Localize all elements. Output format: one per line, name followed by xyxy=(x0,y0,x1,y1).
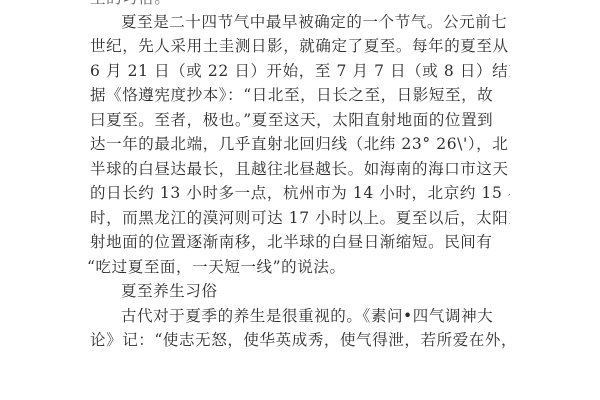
paragraph-1-line-2: 世纪，先人采用土圭测日影，就确定了夏至。每年的夏至从 xyxy=(90,34,510,58)
paragraph-1-line-1: 夏至是二十四节气中最早被确定的一个节气。公元前七 xyxy=(121,10,511,34)
paragraph-1-line-4: 据《恪遵宪度抄本》：“日北至，日长之至，日影短至，故 xyxy=(90,83,510,107)
paragraph-1-line-6: 达一年的最北端，几乎直射北回归线（北纬 23° 26\'），北 xyxy=(90,132,510,156)
section-heading: 夏至养生习俗 xyxy=(121,279,511,303)
paragraph-1-line-3: 6 月 21 日（或 22 日）开始，至 7 月 7 日（或 8 日）结束。 xyxy=(90,59,510,83)
paragraph-1-line-8: 的日长约 13 小时多一点，杭州市为 14 小时，北京约 15 小 xyxy=(90,181,510,205)
paragraph-1-line-5: 曰夏至。至者，极也。”夏至这天，太阳直射地面的位置到 xyxy=(90,108,510,132)
document-page: 至的习俗。 夏至是二十四节气中最早被确定的一个节气。公元前七 世纪，先人采用土圭… xyxy=(0,0,600,400)
text-line-clipped: 至的习俗。 xyxy=(90,0,510,10)
paragraph-1-line-7: 半球的白昼达最长，且越往北昼越长。如海南的海口市这天 xyxy=(90,157,510,181)
paragraph-2-line-1: 古代对于夏季的养生是很重视的。《素问•四气调神大 xyxy=(121,304,511,328)
paragraph-1-line-9: 时，而黑龙江的漠河则可达 17 小时以上。夏至以后，太阳直 xyxy=(90,206,510,230)
paragraph-2-line-2: 论》记：“使志无怒，使华英成秀，使气得泄，若所爱在外， xyxy=(90,328,510,352)
paragraph-1-line-11: “吃过夏至面，一天短一线”的说法。 xyxy=(87,255,507,279)
paragraph-1-line-10: 射地面的位置逐渐南移，北半球的白昼日渐缩短。民间有 xyxy=(90,230,510,254)
